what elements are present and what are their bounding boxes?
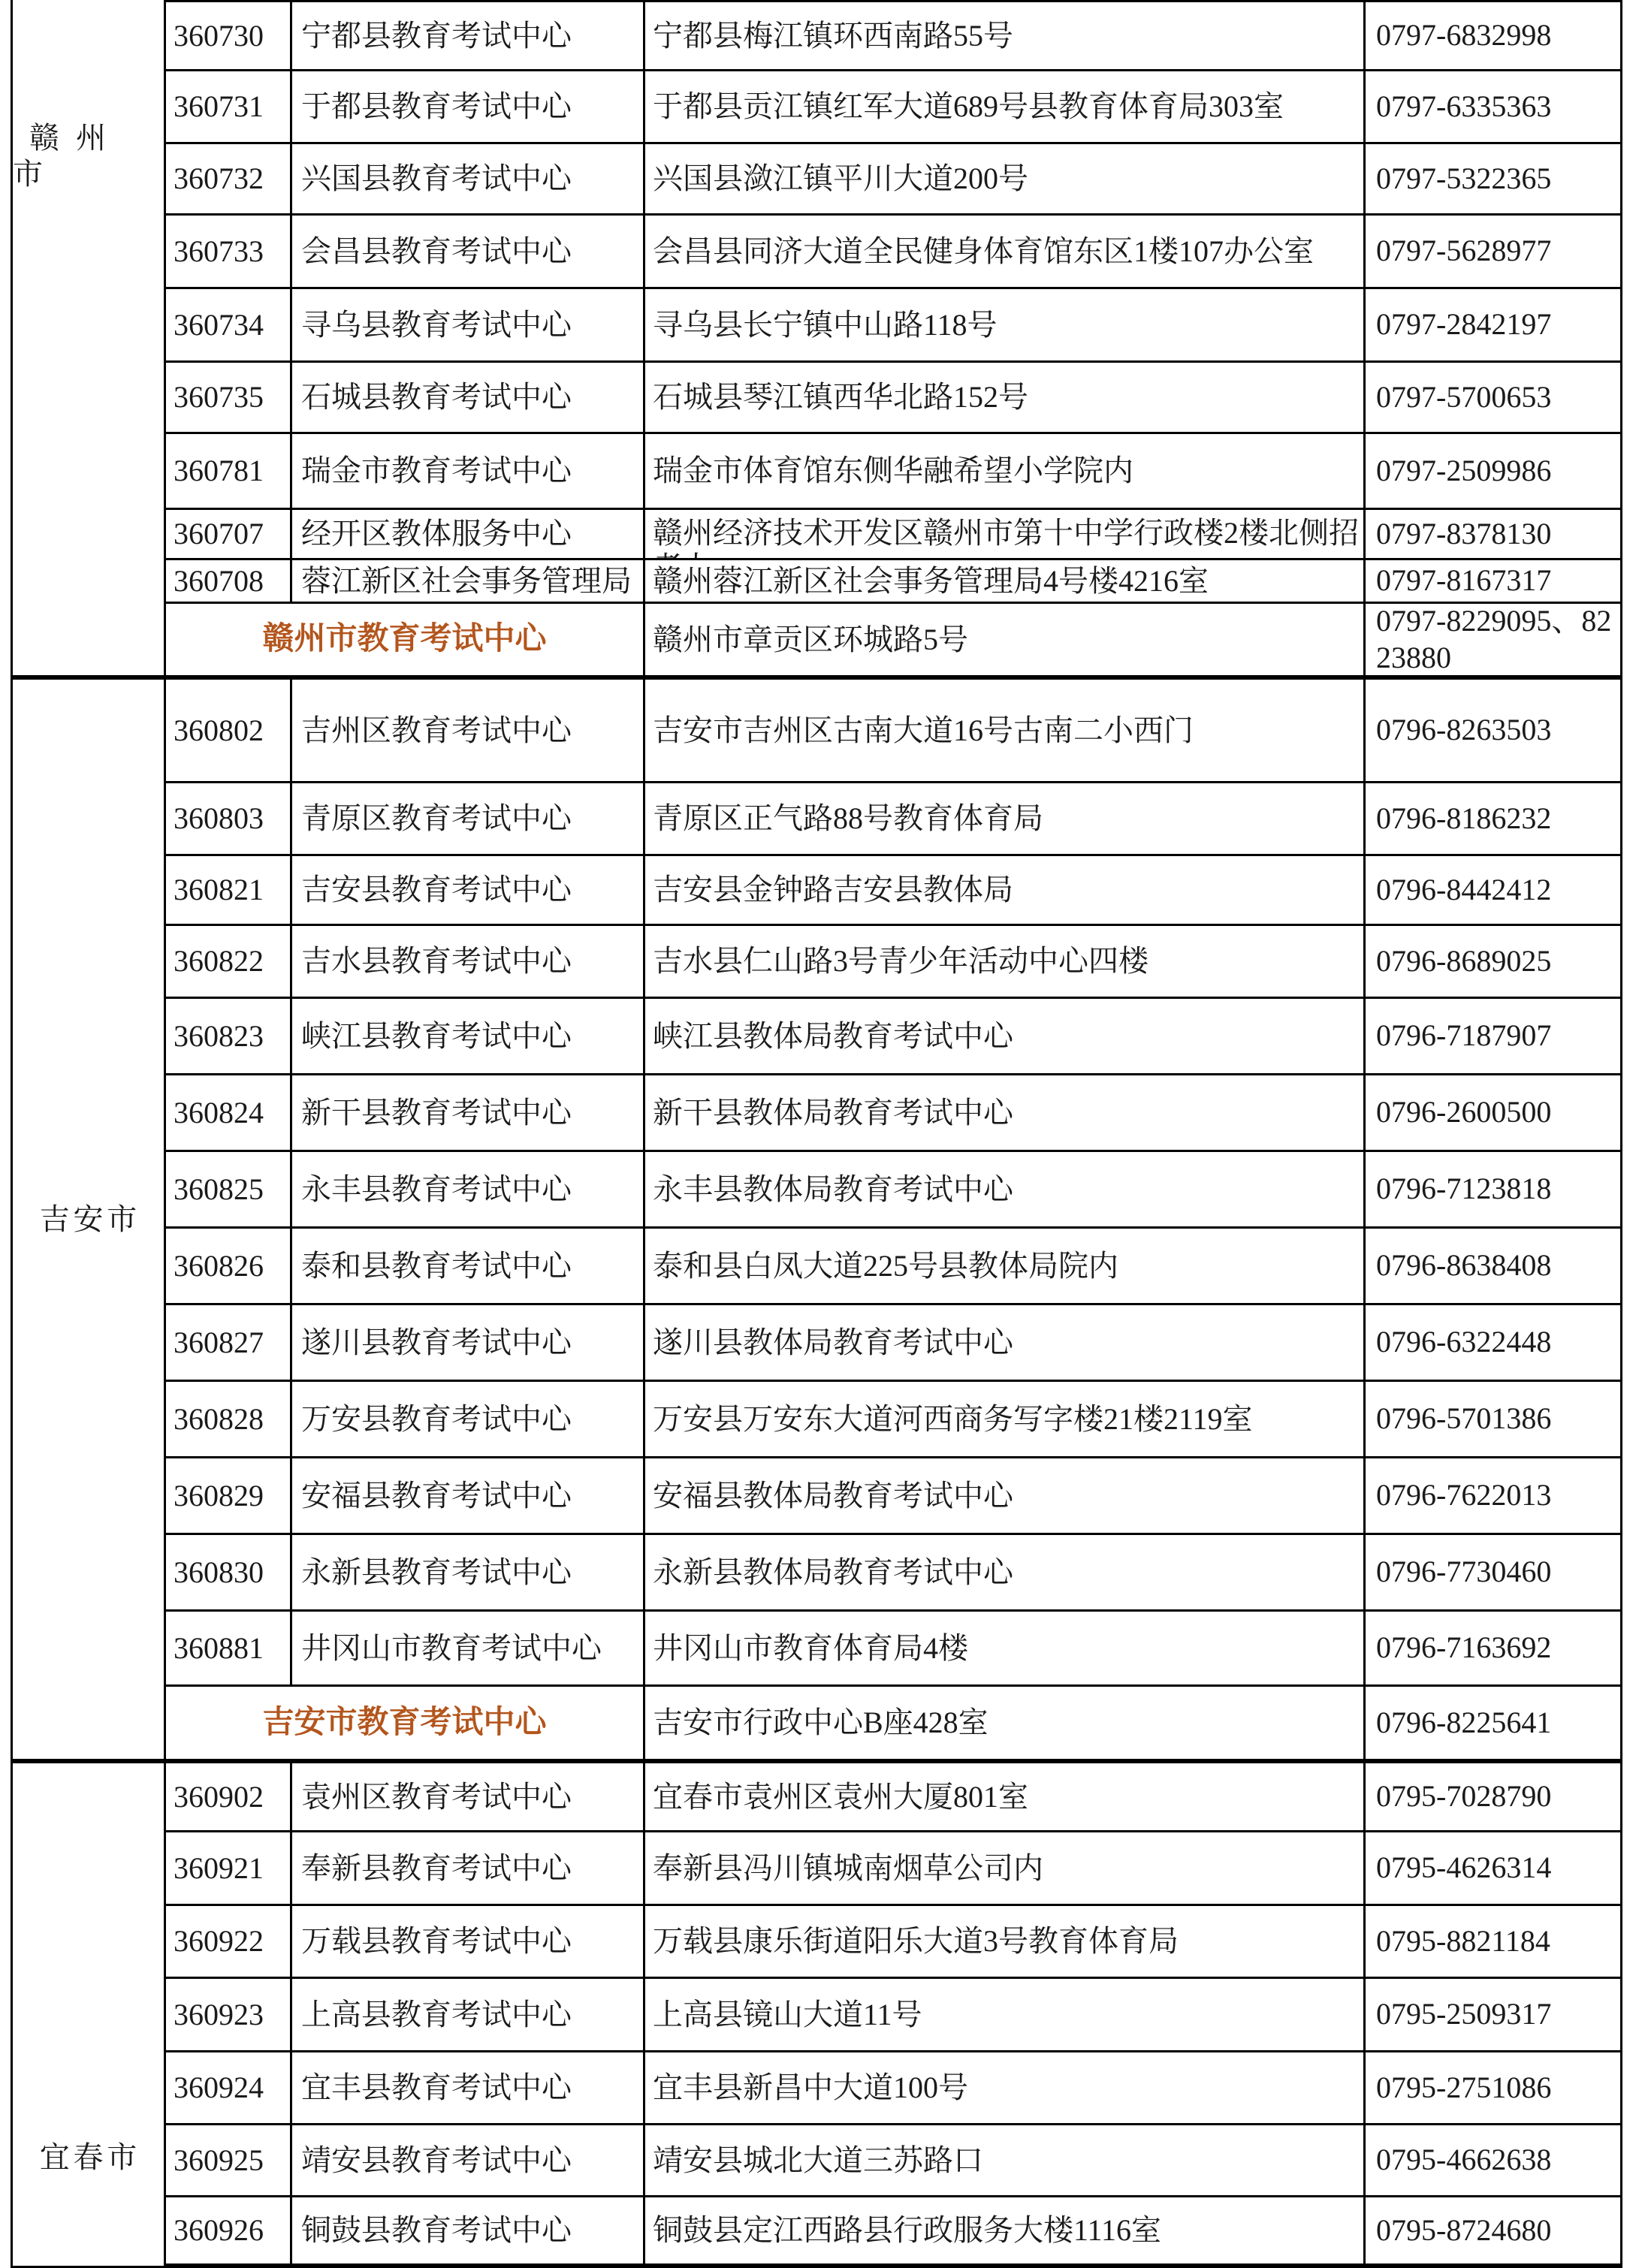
center-name-cell: 新干县教育考试中心 [292,1075,645,1152]
center-name-cell: 经开区教体服务中心 [292,510,645,560]
address-cell: 寻乌县长宁镇中山路118号 [645,289,1366,363]
center-name-cell: 井冈山市教育考试中心 [292,1612,645,1687]
phone-cell: 0796-6322448 [1366,1305,1622,1382]
center-name-cell: 石城县教育考试中心 [292,363,645,434]
phone-cell: 0797-2509986 [1366,434,1622,510]
phone-cell: 0796-8442412 [1366,856,1622,926]
phone-cell: 0797-6335363 [1366,71,1622,144]
phone-cell: 0795-8821184 [1366,1906,1622,1979]
center-name-cell: 铜鼓县教育考试中心 [292,2197,645,2268]
address-cell: 兴国县潋江镇平川大道200号 [645,144,1366,216]
center-name-cell: 宜丰县教育考试中心 [292,2052,645,2125]
address-cell: 赣州经济技术开发区赣州市第十中学行政楼2楼北侧招考办 [645,510,1366,560]
code-cell: 360902 [166,1763,292,1832]
code-cell: 360921 [166,1832,292,1906]
section-赣州市: 赣州市 360730 宁都县教育考试中心 宁都县梅江镇环西南路55号 0797-… [13,0,1622,680]
code-cell: 360826 [166,1229,292,1305]
phone-cell: 0797-8378130 [1366,510,1622,560]
code-cell: 360822 [166,926,292,999]
phone-cell: 0796-7730460 [1366,1535,1622,1612]
code-cell: 360734 [166,289,292,363]
code-cell: 360823 [166,999,292,1075]
phone-cell: 0796-8638408 [1366,1229,1622,1305]
city-cell: 宜春市 [13,1763,166,2268]
address-cell: 遂川县教体局教育考试中心 [645,1305,1366,1382]
phone-cell: 0796-7622013 [1366,1458,1622,1535]
code-cell: 360925 [166,2125,292,2197]
phone-cell: 0796-7123818 [1366,1152,1622,1229]
phone-cell: 0796-7163692 [1366,1612,1622,1687]
address-cell: 铜鼓县定江西路县行政服务大楼1116室 [645,2197,1366,2268]
phone-cell: 0796-5701386 [1366,1382,1622,1458]
center-name-cell: 瑞金市教育考试中心 [292,434,645,510]
address-cell: 吉安市吉州区古南大道16号古南二小西门 [645,680,1366,783]
address-cell: 安福县教体局教育考试中心 [645,1458,1366,1535]
center-name-cell: 安福县教育考试中心 [292,1458,645,1535]
code-cell: 360802 [166,680,292,783]
address-cell: 奉新县冯川镇城南烟草公司内 [645,1832,1366,1906]
center-name-cell: 泰和县教育考试中心 [292,1229,645,1305]
address-cell: 新干县教体局教育考试中心 [645,1075,1366,1152]
address-cell: 万载县康乐街道阳乐大道3号教育体育局 [645,1906,1366,1979]
address-cell: 青原区正气路88号教育体育局 [645,783,1366,856]
phone-cell: 0795-8724680 [1366,2197,1622,2268]
municipal-center-name-cell: 吉安市教育考试中心 [166,1687,645,1763]
code-cell: 360707 [166,510,292,560]
center-name-cell: 奉新县教育考试中心 [292,1832,645,1906]
address-cell: 赣州市章贡区环城路5号 [645,604,1366,680]
address-cell: 会昌县同济大道全民健身体育馆东区1楼107办公室 [645,216,1366,289]
code-cell: 360821 [166,856,292,926]
code-cell: 360923 [166,1979,292,2052]
center-name-cell: 会昌县教育考试中心 [292,216,645,289]
phone-cell: 0796-2600500 [1366,1075,1622,1152]
phone-cell: 0795-2509317 [1366,1979,1622,2052]
code-cell: 360922 [166,1906,292,1979]
address-cell: 上高县镜山大道11号 [645,1979,1366,2052]
center-name-cell: 吉水县教育考试中心 [292,926,645,999]
address-cell: 吉安市行政中心B座428室 [645,1687,1366,1763]
address-cell: 吉水县仁山路3号青少年活动中心四楼 [645,926,1366,999]
address-cell: 于都县贡江镇红军大道689号县教育体育局303室 [645,71,1366,144]
center-name-cell: 万安县教育考试中心 [292,1382,645,1458]
center-name-cell: 永丰县教育考试中心 [292,1152,645,1229]
phone-cell: 0797-2842197 [1366,289,1622,363]
center-name-cell: 蓉江新区社会事务管理局 [292,560,645,604]
phone-cell: 0797-5322365 [1366,144,1622,216]
center-name-cell: 兴国县教育考试中心 [292,144,645,216]
address-cell: 宁都县梅江镇环西南路55号 [645,0,1366,71]
center-name-cell: 于都县教育考试中心 [292,71,645,144]
address-cell: 吉安县金钟路吉安县教体局 [645,856,1366,926]
address-cell: 万安县万安东大道河西商务写字楼21楼2119室 [645,1382,1366,1458]
address-cell: 峡江县教体局教育考试中心 [645,999,1366,1075]
phone-cell: 0796-7187907 [1366,999,1622,1075]
phone-cell: 0797-5700653 [1366,363,1622,434]
code-cell: 360827 [166,1305,292,1382]
center-name-cell: 靖安县教育考试中心 [292,2125,645,2197]
phone-cell: 0795-7028790 [1366,1763,1622,1832]
document-page: 赣州市 360730 宁都县教育考试中心 宁都县梅江镇环西南路55号 0797-… [0,0,1645,2268]
phone-cell: 0796-8689025 [1366,926,1622,999]
code-cell: 360825 [166,1152,292,1229]
code-cell: 360731 [166,71,292,144]
address-cell: 赣州蓉江新区社会事务管理局4号楼4216室 [645,560,1366,604]
center-name-cell: 袁州区教育考试中心 [292,1763,645,1832]
address-cell: 泰和县白凤大道225号县教体局院内 [645,1229,1366,1305]
phone-cell: 0795-4626314 [1366,1832,1622,1906]
address-cell: 宜春市袁州区袁州大厦801室 [645,1763,1366,1832]
center-name-cell: 吉州区教育考试中心 [292,680,645,783]
code-cell: 360881 [166,1612,292,1687]
phone-cell: 0796-8225641 [1366,1687,1622,1763]
phone-cell: 0796-8186232 [1366,783,1622,856]
center-name-cell: 寻乌县教育考试中心 [292,289,645,363]
phone-cell: 0797-5628977 [1366,216,1622,289]
center-name-cell: 峡江县教育考试中心 [292,999,645,1075]
center-name-cell: 宁都县教育考试中心 [292,0,645,71]
address-cell: 靖安县城北大道三苏路口 [645,2125,1366,2197]
exam-center-table: 赣州市 360730 宁都县教育考试中心 宁都县梅江镇环西南路55号 0797-… [11,0,1622,2268]
code-cell: 360828 [166,1382,292,1458]
center-name-cell: 吉安县教育考试中心 [292,856,645,926]
code-cell: 360708 [166,560,292,604]
code-cell: 360824 [166,1075,292,1152]
center-name-cell: 万载县教育考试中心 [292,1906,645,1979]
address-cell: 宜丰县新昌中大道100号 [645,2052,1366,2125]
center-name-cell: 上高县教育考试中心 [292,1979,645,2052]
phone-cell: 0797-8167317 [1366,560,1622,604]
code-cell: 360926 [166,2197,292,2268]
city-cell: 赣州市 [13,0,166,680]
code-cell: 360803 [166,783,292,856]
center-name-cell: 青原区教育考试中心 [292,783,645,856]
code-cell: 360732 [166,144,292,216]
code-cell: 360830 [166,1535,292,1612]
phone-cell: 0797-8229095、8223880 [1366,604,1622,680]
code-cell: 360924 [166,2052,292,2125]
municipal-center-name-cell: 赣州市教育考试中心 [166,604,645,680]
code-cell: 360781 [166,434,292,510]
phone-cell: 0796-8263503 [1366,680,1622,783]
code-cell: 360733 [166,216,292,289]
center-name-cell: 永新县教育考试中心 [292,1535,645,1612]
address-cell: 永丰县教体局教育考试中心 [645,1152,1366,1229]
address-cell: 石城县琴江镇西华北路152号 [645,363,1366,434]
code-cell: 360730 [166,0,292,71]
code-cell: 360735 [166,363,292,434]
center-name-cell: 遂川县教育考试中心 [292,1305,645,1382]
address-cell: 瑞金市体育馆东侧华融希望小学院内 [645,434,1366,510]
section-宜春市: 宜春市 360902 袁州区教育考试中心 宜春市袁州区袁州大厦801室 0795… [13,1763,1622,2268]
address-cell: 永新县教体局教育考试中心 [645,1535,1366,1612]
city-cell: 吉安市 [13,680,166,1763]
code-cell: 360829 [166,1458,292,1535]
address-cell: 井冈山市教育体育局4楼 [645,1612,1366,1687]
phone-cell: 0795-2751086 [1366,2052,1622,2125]
section-吉安市: 吉安市 360802 吉州区教育考试中心 吉安市吉州区古南大道16号古南二小西门… [13,680,1622,1763]
phone-cell: 0797-6832998 [1366,0,1622,71]
phone-cell: 0795-4662638 [1366,2125,1622,2197]
